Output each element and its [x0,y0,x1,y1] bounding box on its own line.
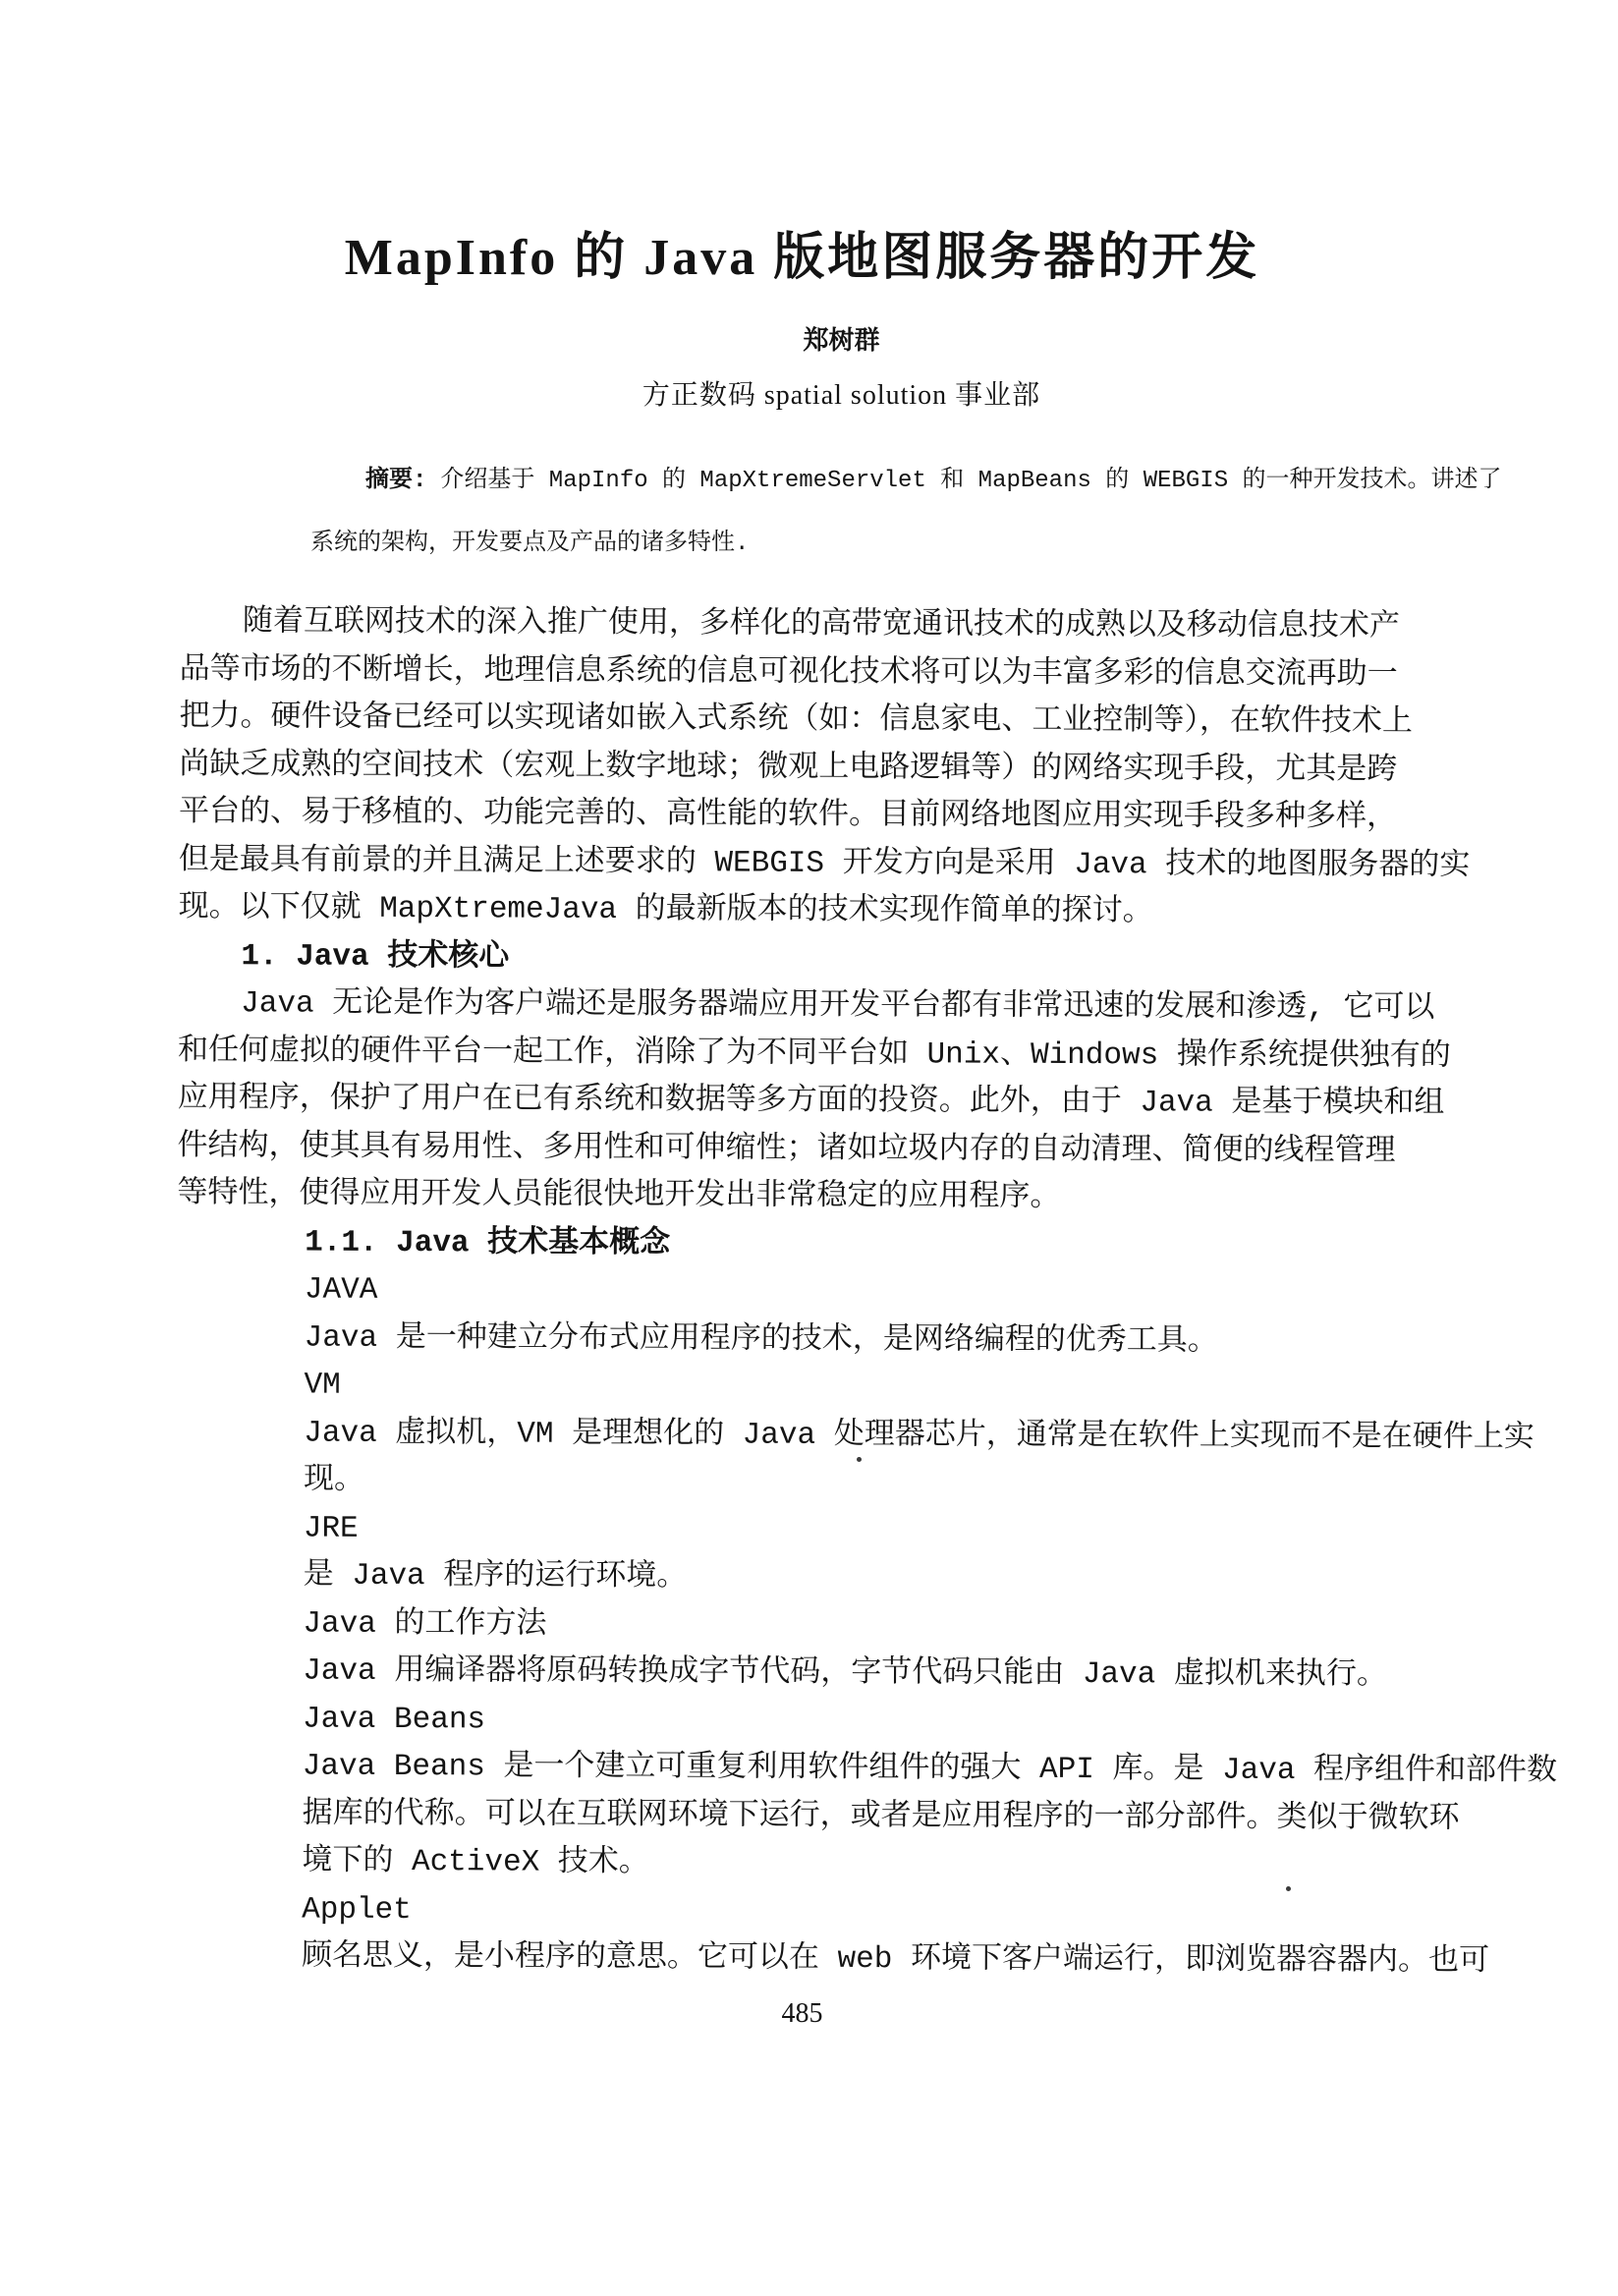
definition-lines: JAVAJava 是一种建立分布式应用程序的技术，是网络编程的优秀工具。VMJa… [302,1267,1422,1987]
body-text: 随着互联网技术的深入推广使用，多样化的高带宽通讯技术的成熟以及移动信息技术产品等… [174,599,1424,1987]
text-line: Java 无论是作为客户端还是服务器端应用开发平台都有非常迅速的发展和渗透, 它… [178,980,1423,1034]
abstract-label: 摘要: [365,468,426,494]
abstract-line-1: 摘要:介绍基于 MapInfo 的 MapXtremeServlet 和 Map… [310,450,1430,513]
author: 郑树群 [219,320,1464,357]
text-line: 把力。硬件设备已经可以实现诸如嵌入式系统（如：信息家电、工业控制等），在软件技术… [179,695,1423,748]
text-line: 据库的代称。可以在互联网环境下运行，或者是应用程序的一部分部件。类似于微软环 [302,1791,1419,1843]
text-line: 尚缺乏成熟的空间技术（宏观上数字地球；微观上电路逻辑等）的网络实现手段，尤其是跨 [179,742,1423,795]
text-line: 境下的 ActiveX 技术。 [302,1839,1419,1891]
affiliation: 方正数码 spatial solution 事业部 [219,373,1464,413]
text-line: JAVA [305,1267,1422,1319]
text-line: 等特性，使得应用开发人员能很快地开发出非常稳定的应用程序。 [177,1171,1422,1224]
document-page: MapInfo 的 Java 版地图服务器的开发 郑树群 方正数码 spatia… [0,0,1618,2296]
text-line: 是 Java 程序的运行环境。 [304,1553,1421,1605]
text-line: VM [304,1363,1421,1415]
text-line: JRE [304,1505,1421,1557]
section-heading-1: 1. Java 技术核心 [241,933,1423,986]
page-number: 485 [180,1998,1424,2030]
text-line: Java Beans 是一个建立可重复利用软件组件的强大 API 库。是 Jav… [303,1744,1420,1796]
text-line: Java 虚拟机，VM 是理想化的 Java 处理器芯片，通常是在软件上实现而不… [304,1410,1421,1462]
text-line: 品等市场的不断增长，地理信息系统的信息可视化技术将可以为丰富多彩的信息交流再助一 [180,646,1424,700]
text-line: 和任何虚拟的硬件平台一起工作，消除了为不同平台如 Unix、Windows 操作… [178,1028,1423,1081]
text-line: 现。以下仅就 MapXtremeJava 的最新版本的技术实现作简单的探讨。 [179,885,1423,938]
text-line: Applet [302,1886,1419,1938]
intro-paragraph: 随着互联网技术的深入推广使用，多样化的高带宽通讯技术的成熟以及移动信息技术产品等… [179,599,1424,938]
text-line: 应用程序，保护了用户在已有系统和数据等多方面的投资。此外，由于 Java 是基于… [178,1076,1423,1129]
text-line: 顾名思义，是小程序的意思。它可以在 web 环境下客户端运行，即浏览器容器内。也… [302,1934,1419,1987]
java-core-paragraph: Java 无论是作为客户端还是服务器端应用开发平台都有非常迅速的发展和渗透, 它… [177,980,1423,1224]
page-title: MapInfo 的 Java 版地图服务器的开发 [180,215,1424,289]
text-line: Java 用编译器将原码转换成字节代码，字节代码只能由 Java 虚拟机来执行。 [303,1649,1420,1701]
text-line: 平台的、易于移植的、功能完善的、高性能的软件。目前网络地图应用实现手段多种多样， [179,790,1423,843]
text-line: 件结构，使其具有易用性、多用性和可伸缩性；诸如垃圾内存的自动清理、简便的线程管理 [177,1123,1422,1176]
scan-speck [857,1457,862,1462]
scan-speck [1286,1886,1291,1891]
text-line: 但是最具有前景的并且满足上述要求的 WEBGIS 开发方向是采用 Java 技术… [179,837,1423,890]
section-heading-1-1: 1.1. Java 技术基本概念 [305,1219,1422,1271]
text-line: 随着互联网技术的深入推广使用，多样化的高带宽通讯技术的成熟以及移动信息技术产 [180,599,1424,652]
text-line: Java Beans [303,1696,1420,1748]
abstract: 摘要:介绍基于 MapInfo 的 MapXtremeServlet 和 Map… [310,450,1430,576]
text-line: 现。 [304,1458,1421,1510]
abstract-text: 介绍基于 MapInfo 的 MapXtremeServlet 和 MapBea… [440,468,1501,494]
definitions-block: 1.1. Java 技术基本概念 JAVAJava 是一种建立分布式应用程序的技… [302,1219,1422,1987]
abstract-line-2: 系统的架构，开发要点及产品的诸多特性. [310,513,1430,576]
text-line: Java 的工作方法 [303,1600,1420,1652]
text-line: Java 是一种建立分布式应用程序的技术，是网络编程的优秀工具。 [305,1315,1422,1367]
